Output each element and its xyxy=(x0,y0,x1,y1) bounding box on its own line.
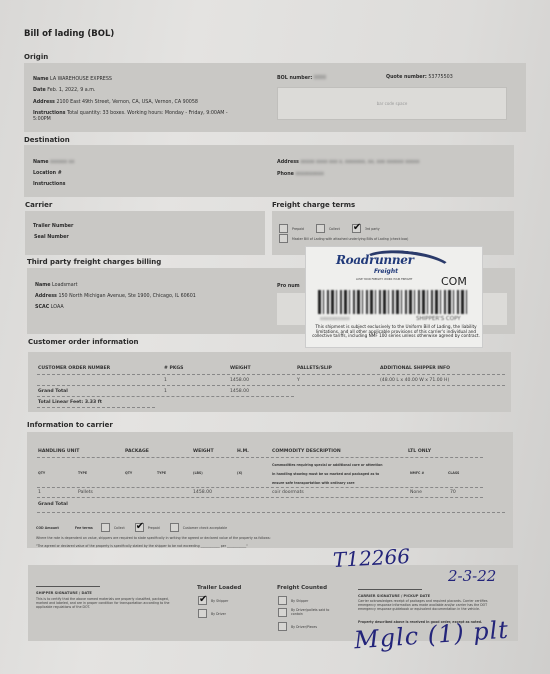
freight-counted-pallets-option: By Driver/pallets said to contain xyxy=(278,608,331,617)
carrier-row-hu-type: Pallets xyxy=(78,490,93,495)
freight-counted-title: Freight Counted xyxy=(277,585,327,591)
barcode-number: xxxxxxxxxx xyxy=(320,316,350,322)
bol-number: BOL number: 0000 xyxy=(277,76,326,81)
destination-address: Address xxxxx xxxx xxx x, xxxxxxx, xx, x… xyxy=(277,160,419,165)
freight-counted-pieces-option: By Driver/Pieces xyxy=(278,622,317,631)
col-commodity: COMMODITY DESCRIPTION xyxy=(272,449,341,454)
carrier-signature-title: CARRIER SIGNATURE / PICKUP DATE xyxy=(358,594,430,598)
prepaid-label: Prepaid xyxy=(292,227,304,231)
col-additional-info: ADDITIONAL SHIPPER INFO xyxy=(380,366,450,371)
prepaid-checkbox[interactable] xyxy=(279,224,288,233)
third-party-checkbox[interactable] xyxy=(352,224,361,233)
order-row-pkgs: 1 xyxy=(164,378,167,383)
third-party-name: Name Loadsmart xyxy=(35,283,78,288)
destination-instructions: Instructions xyxy=(33,182,65,187)
barcode-space-placeholder: bar code space xyxy=(278,101,506,106)
row-divider xyxy=(37,396,294,397)
seal-number-label: Seal Number xyxy=(34,235,69,240)
order-row-info: (48.00 L x 40.00 W x 71.00 H) xyxy=(380,378,449,383)
carrier-section-title: Carrier xyxy=(25,201,52,209)
trailer-loaded-driver-checkbox[interactable] xyxy=(198,609,207,618)
shipper-signature-title: SHIPPER SIGNATURE / DATE xyxy=(36,591,92,595)
handwritten-pickup-date: 2-3-22 xyxy=(448,567,496,585)
cod-amount-label: COD Amount xyxy=(36,526,59,530)
sub-weight-lbs: (LBS) xyxy=(193,471,203,475)
fee-customer-check-checkbox[interactable] xyxy=(170,523,179,532)
trailer-loaded-shipper-checkbox[interactable] xyxy=(198,596,207,605)
collect-label: Collect xyxy=(329,227,340,231)
shippers-copy-text: SHIPPER'S COPY xyxy=(416,316,461,322)
carrier-row-hu-qty: 1 xyxy=(38,490,41,495)
sub-hu-qty: QTY xyxy=(38,471,45,475)
sub-hu-type: TYPE xyxy=(78,471,87,475)
sub-pkg-qty: QTY xyxy=(125,471,132,475)
col-pkgs: # PKGS xyxy=(164,366,183,371)
pro-number-label: Pro num xyxy=(277,284,300,289)
fee-collect-label: Collect xyxy=(114,526,125,530)
master-bol-option: Master Bill of Lading with attached unde… xyxy=(279,234,408,243)
freight-counted-shipper-option: By Shipper xyxy=(278,596,308,605)
origin-date: Date Feb. 1, 2022, 9 a.m. xyxy=(33,88,95,93)
order-row-weight: 1458.00 xyxy=(230,378,249,383)
col-hm: H.M. xyxy=(237,449,249,454)
shipment-barcode xyxy=(318,290,468,314)
destination-phone: Phone xxxxxxxxxx xyxy=(277,172,324,177)
carrier-certification-text: Carrier acknowledges receipt of packages… xyxy=(358,600,506,611)
master-bol-checkbox[interactable] xyxy=(279,234,288,243)
customer-order-section-title: Customer order information xyxy=(28,338,139,346)
shipper-signature-line xyxy=(36,586,100,587)
origin-name: Name LA WAREHOUSE EXPRESS xyxy=(33,77,112,82)
third-party-address: Address 150 North Michigan Avenue, Ste 1… xyxy=(35,294,196,299)
row-divider xyxy=(37,374,505,375)
freight-counted-shipper-checkbox[interactable] xyxy=(278,596,287,605)
collect-checkbox[interactable] xyxy=(316,224,325,233)
row-divider xyxy=(37,497,483,498)
destination-section-title: Destination xyxy=(24,136,70,144)
col-customer-order-number: CUSTOMER ORDER NUMBER xyxy=(38,366,110,371)
freight-terms-section-title: Freight charge terms xyxy=(272,201,355,209)
origin-address: Address 2100 East 49th Street, Vernon, C… xyxy=(33,100,198,105)
fee-collect-checkbox[interactable] xyxy=(101,523,110,532)
row-divider xyxy=(37,457,483,458)
freight-counted-pieces-label: By Driver/Pieces xyxy=(291,625,317,629)
trailer-loaded-driver-option: By Driver xyxy=(198,609,226,618)
roadrunner-logo: Roadrunner xyxy=(336,253,414,267)
commodity-note-3: ensure safe transportation with ordinary… xyxy=(272,481,355,485)
sub-pkg-type: TYPE xyxy=(157,471,166,475)
carrier-row-commodity: coir doormats xyxy=(272,490,304,495)
sub-class: CLASS xyxy=(448,471,459,475)
sub-nmfc: NMFC # xyxy=(410,471,424,475)
trailer-number-label: Trailer Number xyxy=(33,224,73,229)
barcode-space-box: bar code space xyxy=(277,87,507,120)
origin-instructions-cont: 5:00PM xyxy=(33,117,51,122)
shipper-certification-text: This is to certify that the above named … xyxy=(36,598,176,609)
total-linear-feet: Total Linear Feet: 3.33 ft xyxy=(38,400,102,405)
commodity-note-1: Commodities requiring special or additio… xyxy=(272,463,382,467)
carrier-panel xyxy=(25,211,265,255)
trailer-loaded-shipper-label: By Shipper xyxy=(211,599,228,603)
quote-number: Quote number: 53775503 xyxy=(386,75,453,80)
carrier-row-nmfc: None xyxy=(410,490,422,495)
row-divider xyxy=(37,512,505,513)
fee-prepaid-label: Prepaid xyxy=(148,526,160,530)
col-ltl-only: LTL ONLY xyxy=(408,449,431,454)
cod-fee-terms-row: COD Amount Fee terms Collect Prepaid Cus… xyxy=(36,523,227,532)
handwritten-trailer-number: T12266 xyxy=(332,544,410,572)
carrier-grand-total-label: Grand Total xyxy=(38,502,68,507)
fee-customer-check-label: Customer check acceptable xyxy=(183,526,227,530)
order-grand-total-pkgs: 1 xyxy=(164,389,167,394)
freight-counted-shipper-label: By Shipper xyxy=(291,599,308,603)
origin-instructions: Instructions Total quantity: 33 boxes. W… xyxy=(33,111,228,116)
destination-name: Name xxxxxx xx xyxy=(33,160,74,165)
freight-counted-pallets-checkbox[interactable] xyxy=(278,608,287,617)
order-grand-total-weight: 1458.00 xyxy=(230,389,249,394)
roadrunner-tagline: LOVE YOUR FREIGHT. WORK YOUR FREIGHT xyxy=(356,278,412,281)
freight-counted-pieces-checkbox[interactable] xyxy=(278,622,287,631)
carrier-signature-line xyxy=(358,589,422,590)
freight-terms-options: Prepaid Collect 3rd party xyxy=(279,224,380,233)
value-dependent-note: Where the rate is dependent on value, sh… xyxy=(36,536,271,540)
third-party-scac: SCAC LOAA xyxy=(35,305,64,310)
trailer-loaded-driver-label: By Driver xyxy=(211,612,226,616)
fee-terms-label: Fee terms xyxy=(75,526,93,530)
col-weight: WEIGHT xyxy=(230,366,251,371)
document-title: Bill of lading (BOL) xyxy=(24,29,114,39)
carrier-row-class: 70 xyxy=(450,490,456,495)
carrier-info-section-title: Information to carrier xyxy=(27,421,113,429)
sub-hm-x: (X) xyxy=(237,471,242,475)
destination-location: Location # xyxy=(33,171,62,176)
declared-value-note: "The agreed or declared value of the pro… xyxy=(36,544,248,548)
col-package: PACKAGE xyxy=(125,449,149,454)
carrier-row-weight: 1458.00 xyxy=(193,490,212,495)
label-terms-text: This shipment is subject exclusively to … xyxy=(312,325,480,339)
freight-counted-pallets-label: By Driver/pallets said to contain xyxy=(291,609,331,617)
third-party-label: 3rd party xyxy=(365,227,380,231)
roadrunner-freight-text: Freight xyxy=(374,268,398,275)
row-divider xyxy=(37,487,483,488)
trailer-loaded-shipper-option: By Shipper xyxy=(198,596,228,605)
bill-of-lading-page: Bill of lading (BOL) Origin Name LA WARE… xyxy=(0,0,550,674)
commodity-note-2: in handling stowing must be so marked an… xyxy=(272,472,379,476)
carrier-shipping-label: Roadrunner Freight LOVE YOUR FREIGHT. WO… xyxy=(305,246,483,348)
fee-prepaid-checkbox[interactable] xyxy=(135,523,144,532)
third-party-section-title: Third party freight charges billing xyxy=(27,258,161,266)
order-grand-total-label: Grand Total xyxy=(38,389,68,394)
origin-section-title: Origin xyxy=(24,53,48,61)
master-bol-label: Master Bill of Lading with attached unde… xyxy=(292,237,408,241)
label-com-text: COM xyxy=(441,275,467,288)
col-handling-unit: HANDLING UNIT xyxy=(38,449,79,454)
col-pallets: PALLETS/SLIP xyxy=(297,366,332,371)
order-row-pallets: Y xyxy=(297,378,300,383)
destination-panel xyxy=(24,145,514,197)
row-divider xyxy=(37,385,505,386)
row-divider xyxy=(37,407,155,408)
col-weight: WEIGHT xyxy=(193,449,214,454)
trailer-loaded-title: Trailer Loaded xyxy=(197,585,241,591)
